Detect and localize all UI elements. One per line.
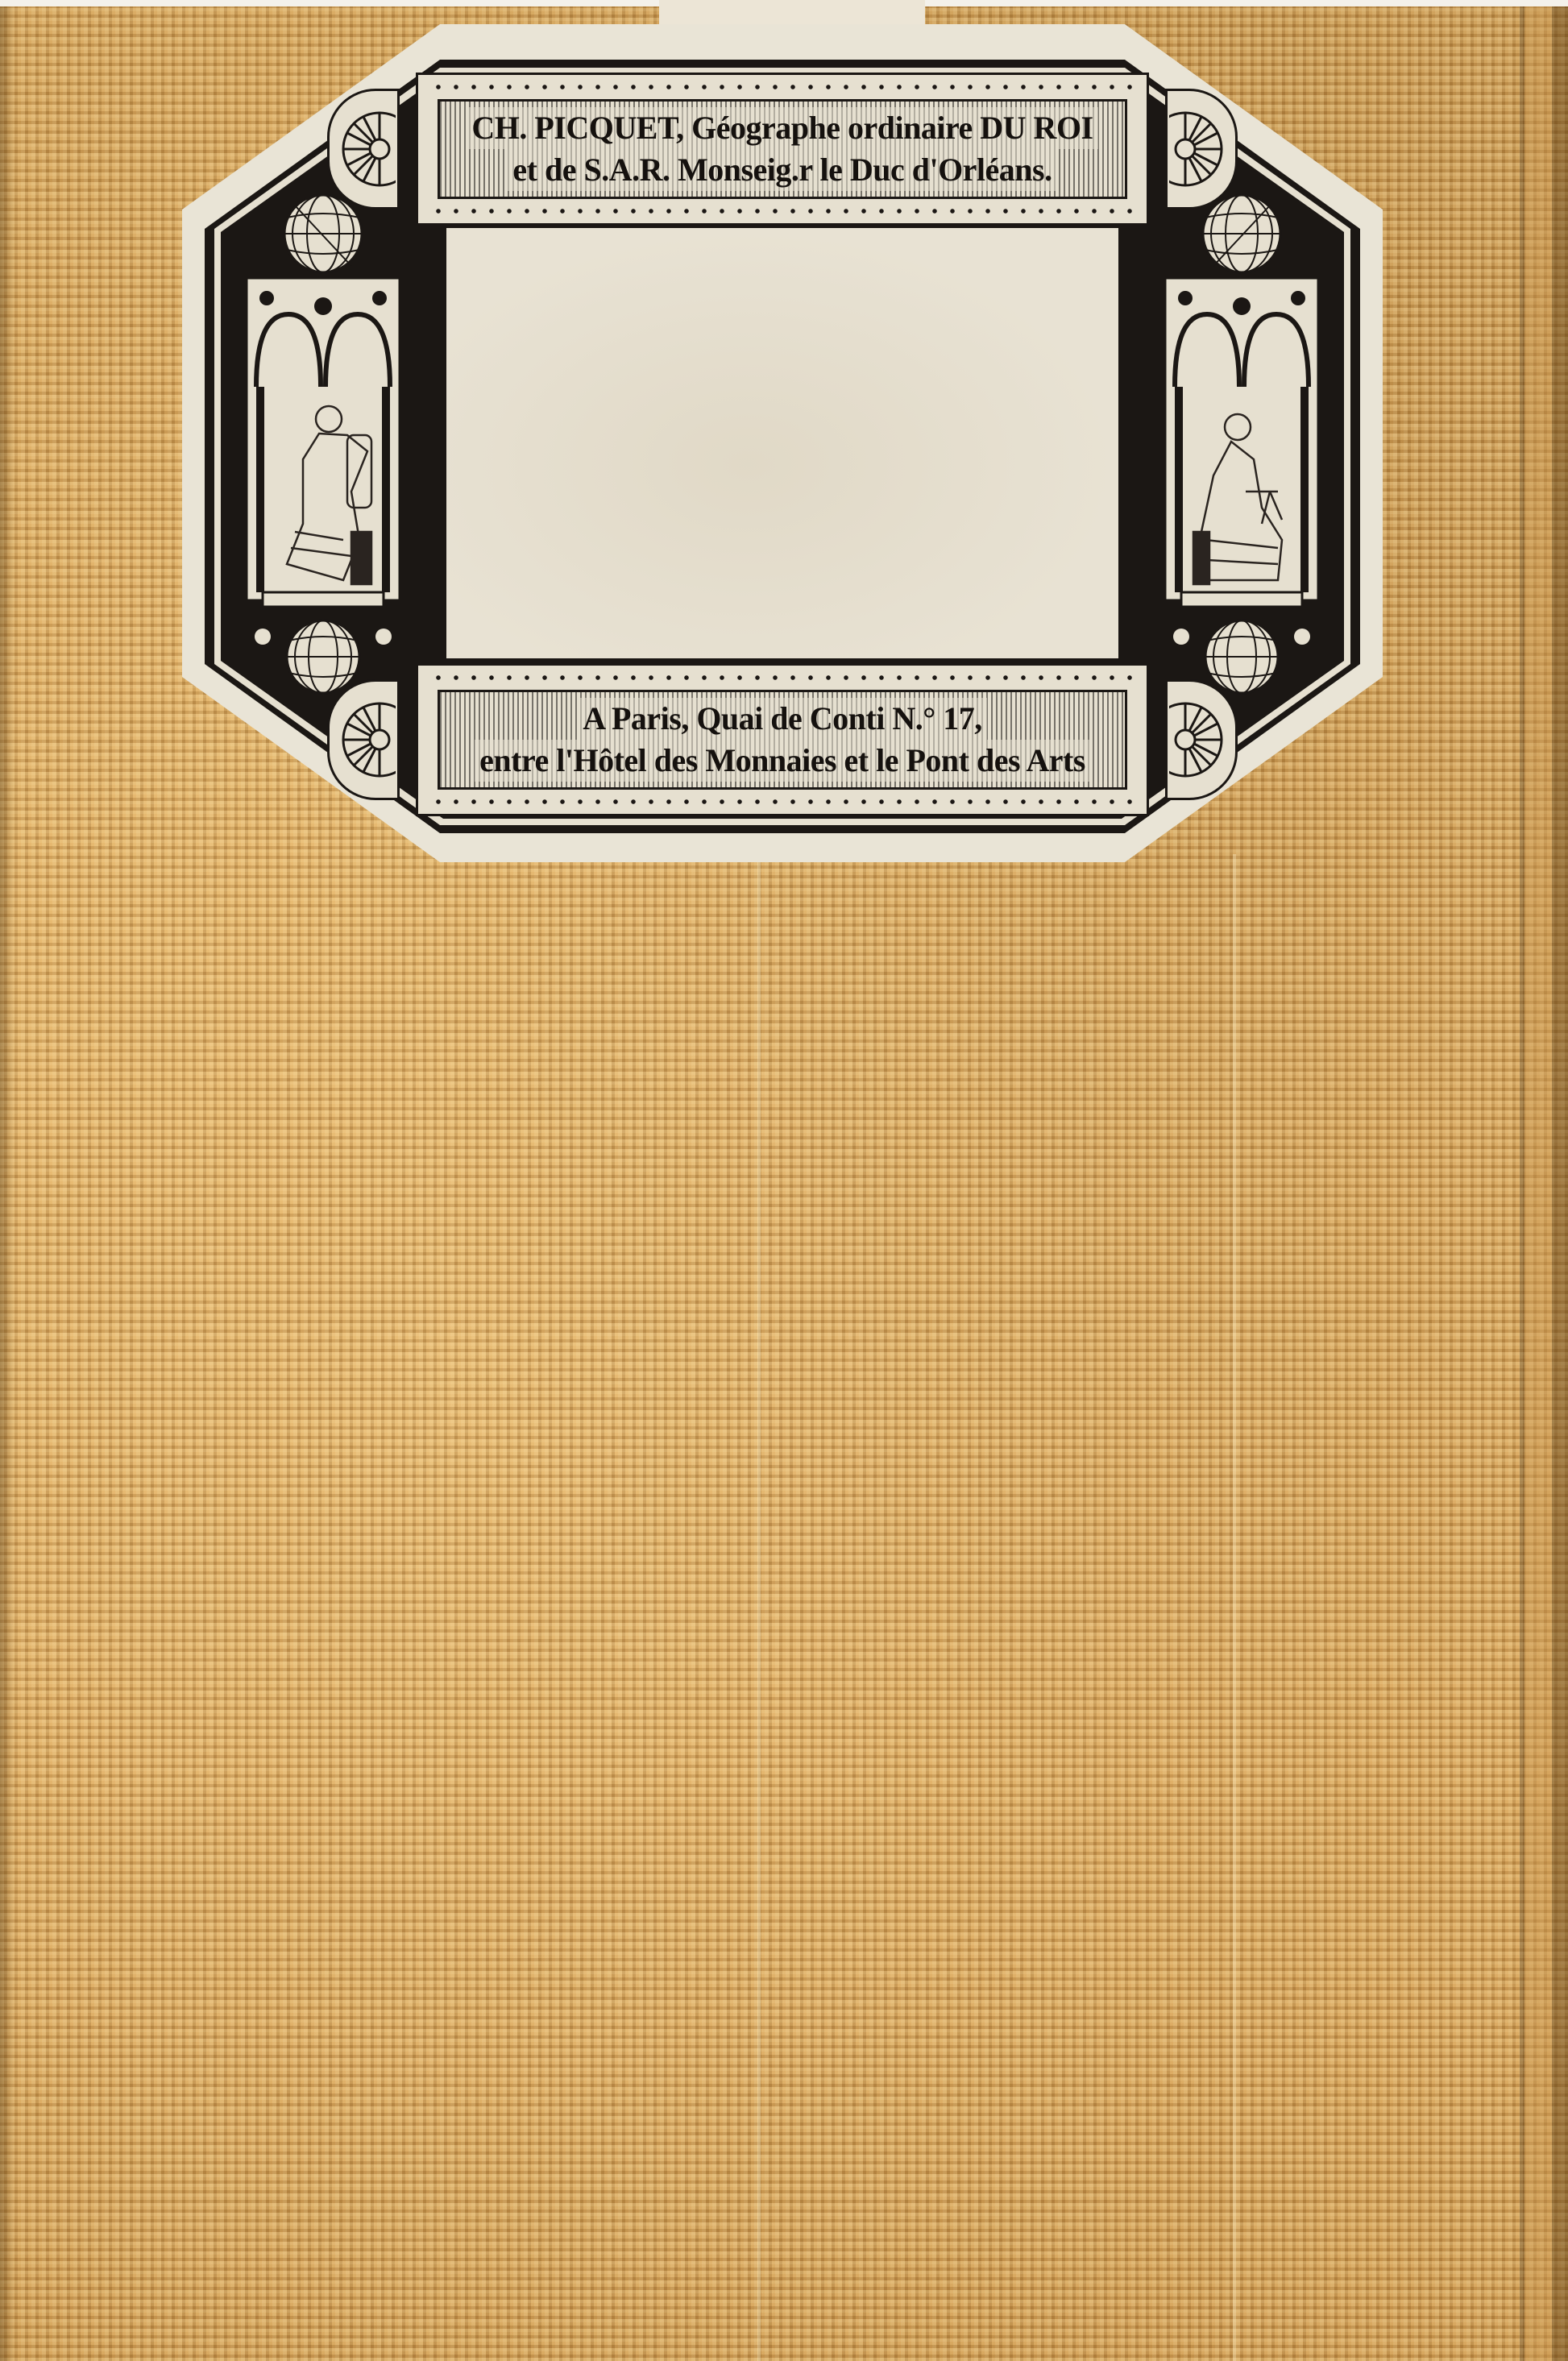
board-left-edge (0, 6, 15, 2361)
bottom-banner-text-field: A Paris, Quai de Conti N.° 17, entre l'H… (438, 690, 1127, 790)
dotted-border (429, 672, 1135, 683)
globe-icon (287, 620, 359, 693)
dotted-border (429, 205, 1135, 217)
publisher-label: CH. PICQUET, Géographe ordinaire DU ROI … (182, 24, 1383, 862)
fabric-fold (757, 854, 761, 2361)
bottom-banner: A Paris, Quai de Conti N.° 17, entre l'H… (416, 663, 1149, 816)
publisher-location: entre l'Hôtel des Monnaies et le Pont de… (475, 740, 1090, 782)
dotted-border (429, 81, 1135, 93)
publisher-name: CH. PICQUET, Géographe ordinaire DU ROI (467, 107, 1097, 149)
top-banner: CH. PICQUET, Géographe ordinaire DU ROI … (416, 73, 1149, 226)
globe-icon (1205, 620, 1278, 693)
right-ornament-panel (1157, 185, 1326, 701)
board-spine (1520, 6, 1568, 2361)
publisher-patron: et de S.A.R. Monseig.r le Duc d'Orléans. (508, 149, 1056, 191)
top-banner-text-field: CH. PICQUET, Géographe ordinaire DU ROI … (438, 99, 1127, 199)
fabric-fold (1233, 854, 1236, 2361)
blank-title-panel (444, 226, 1121, 661)
left-ornament-panel (239, 185, 408, 701)
globe-icon (1203, 195, 1280, 272)
publisher-address: A Paris, Quai de Conti N.° 17, (578, 698, 986, 740)
globe-icon (284, 195, 362, 272)
dotted-border (429, 796, 1135, 807)
